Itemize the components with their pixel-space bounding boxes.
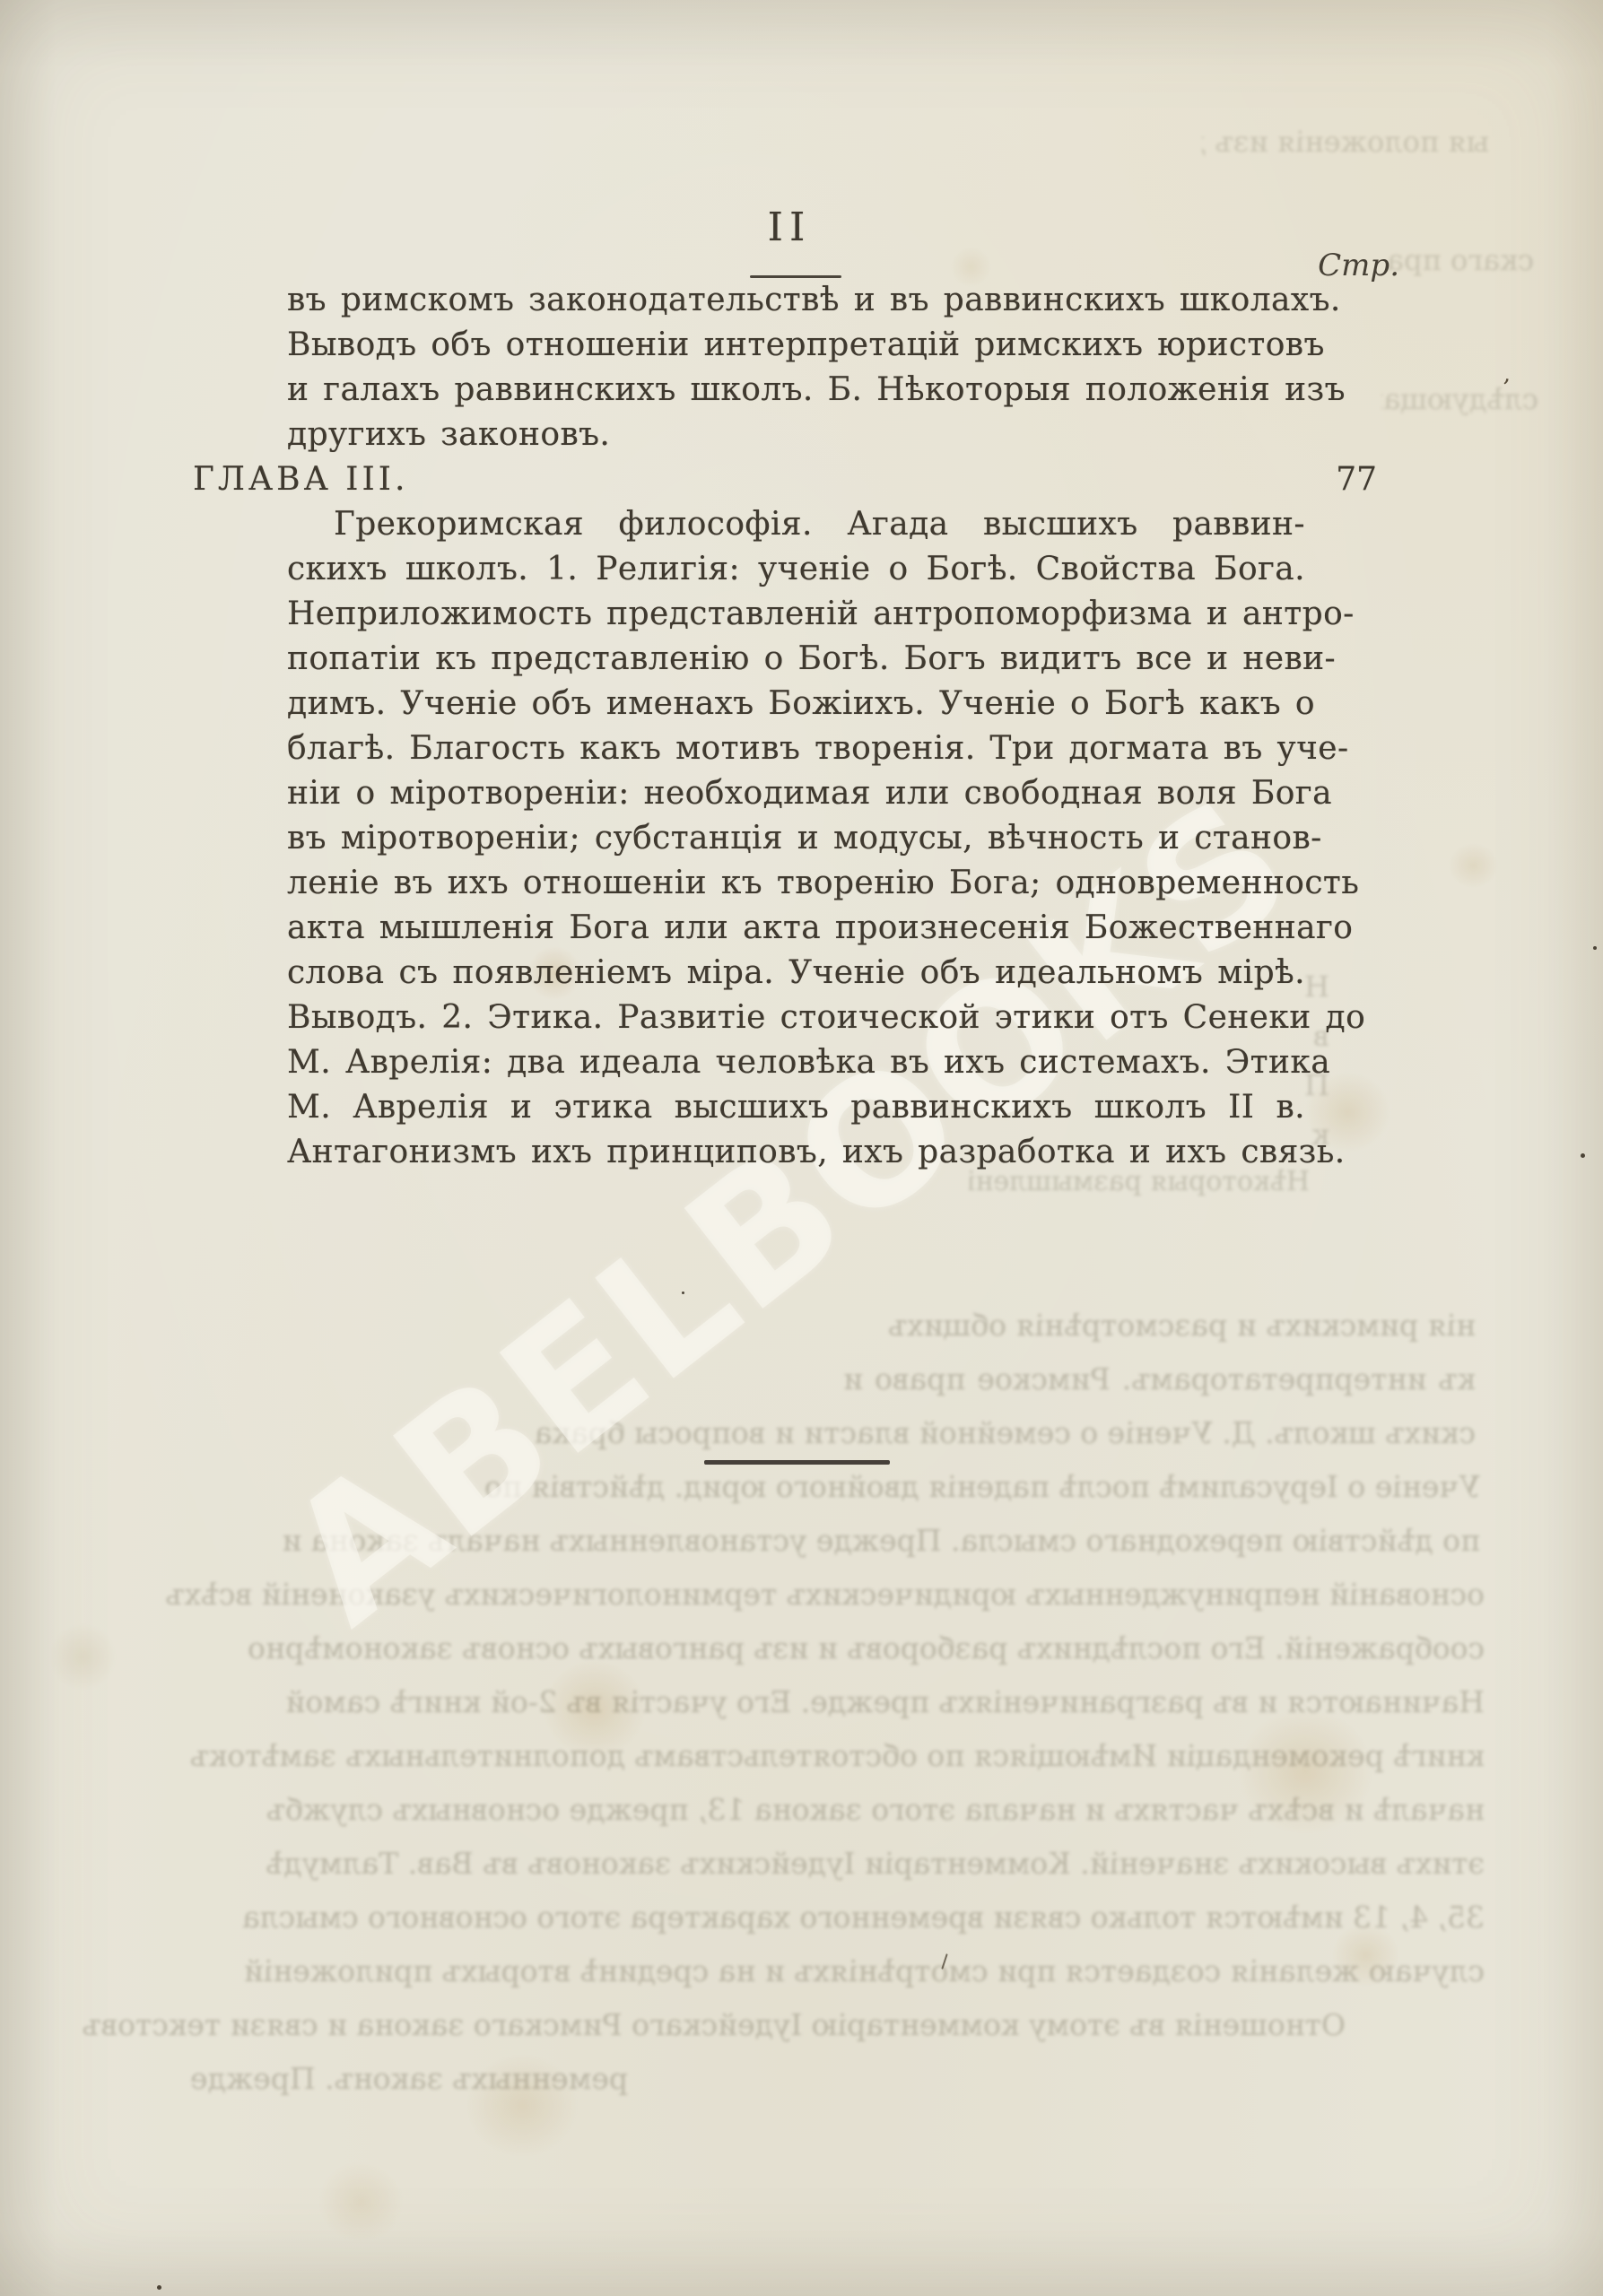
toc-text-line: слова съ появленіемъ міра. Ученіе объ ид…	[287, 951, 1305, 996]
bleedthrough-line: соображеній. Его послѣднихъ разборовъ и …	[341, 1622, 1485, 1675]
toc-text-line: Выводъ объ отношеніи интерпретацій римск…	[287, 323, 1305, 368]
chapter-summary-paragraph: Грекоримская философія. Агада высшихъ ра…	[287, 502, 1305, 1175]
toc-text-line: димъ. Ученіе объ именахъ Божіихъ. Ученіе…	[287, 682, 1305, 726]
ink-speck	[682, 1291, 684, 1294]
ink-speck	[1593, 946, 1597, 950]
toc-text-line: попатіи къ представленію о Богѣ. Богъ ви…	[287, 637, 1305, 682]
bleedthrough-line: случаю желанія создается при смотрѣніяхъ…	[350, 1944, 1485, 1998]
separator-rule	[704, 1460, 890, 1465]
toc-continuation-paragraph: въ римскомъ законодательствѣ и въ раввин…	[287, 278, 1305, 457]
bleedthrough-line: къ интерпретаторамъ. Римское право и	[843, 1352, 1476, 1406]
bleedthrough-line: началѣ и всѣхъ частяхъ и начала этого за…	[314, 1783, 1485, 1837]
toc-text-line: М. Аврелія: два идеала человѣка въ ихъ с…	[287, 1040, 1305, 1085]
table-of-contents-block: въ римскомъ законодательствѣ и въ раввин…	[287, 278, 1305, 1175]
bleedthrough-line: Отношенія въ этому комментарію Іудейскаг…	[314, 1998, 1346, 2052]
toc-text-line: леніе въ ихъ отношеніи къ творенію Бога;…	[287, 861, 1305, 906]
toc-text-line: акта мышленія Бога или акта произнесенія…	[287, 906, 1305, 951]
bleedthrough-line: Начинаются и въ разграниченіяхъ прежде. …	[309, 1675, 1485, 1729]
toc-text-line: Выводъ. 2. Этика. Развитіе стоической эт…	[287, 996, 1305, 1040]
toc-text-line: и галахъ раввинскихъ школъ. Б. Нѣкоторыя…	[287, 368, 1305, 413]
foxing-spot	[49, 1623, 117, 1691]
toc-text-line: ніи о міротвореніи: необходимая или своб…	[287, 771, 1305, 816]
toc-text-line: въ римскомъ законодательствѣ и въ раввин…	[287, 278, 1305, 323]
chapter-page-number: 77	[1336, 457, 1377, 502]
toc-text-line: Грекоримская философія. Агада высшихъ ра…	[287, 502, 1305, 547]
toc-text-line: Антагонизмъ ихъ принциповъ, ихъ разработ…	[287, 1130, 1305, 1175]
foxing-spot	[318, 2161, 404, 2242]
bleedthrough-line: нія римскихъ и разсмотрѣнія общихъ	[888, 1299, 1476, 1352]
chapter-row: ГЛАВА III. 77	[287, 457, 1305, 502]
scanned-book-page: ыя положенія изъ др скаго права слѣдующа…	[0, 0, 1603, 2296]
toc-text-line: Неприложимость представленій антропоморф…	[287, 592, 1305, 637]
ink-speck	[157, 2285, 161, 2290]
bleedthrough-fragment: скаго права	[1386, 244, 1534, 276]
bleedthrough-line: книгѣ рекомендаціи Имѣющіяся по обстояте…	[350, 1729, 1485, 1783]
bleedthrough-line: 35, 4, 13 имѣются только связи временног…	[318, 1891, 1485, 1944]
page-number-roman: II	[743, 204, 836, 250]
bleedthrough-line: Ученіе о Іерусалимѣ послѣ паденія двойно…	[502, 1460, 1480, 1514]
bleedthrough-fragment: слѣдующаго 23	[1381, 383, 1538, 415]
toc-text-line: другихъ законовъ.	[287, 413, 1305, 457]
toc-text-line: М. Аврелія и этика высшихъ раввинскихъ ш…	[287, 1085, 1305, 1130]
toc-text-line: скихъ школъ. 1. Религія: ученіе о Богѣ. …	[287, 547, 1305, 592]
toc-text-line: благѣ. Благость какъ мотивъ творенія. Тр…	[287, 726, 1305, 771]
foxing-spot	[1449, 843, 1498, 888]
bleedthrough-fragment: ыя положенія изъ др	[1202, 126, 1489, 158]
bleedthrough-line: ременныхъ законъ. Прежде	[215, 2052, 628, 2106]
toc-text-line: въ міротвореніи; субстанція и модусы, вѣ…	[287, 816, 1305, 861]
ink-speck	[1581, 1153, 1585, 1158]
bleedthrough-line: этихъ высокихъ значеній. Комментаріи Іуд…	[354, 1837, 1485, 1891]
chapter-heading: ГЛАВА III.	[193, 457, 408, 502]
